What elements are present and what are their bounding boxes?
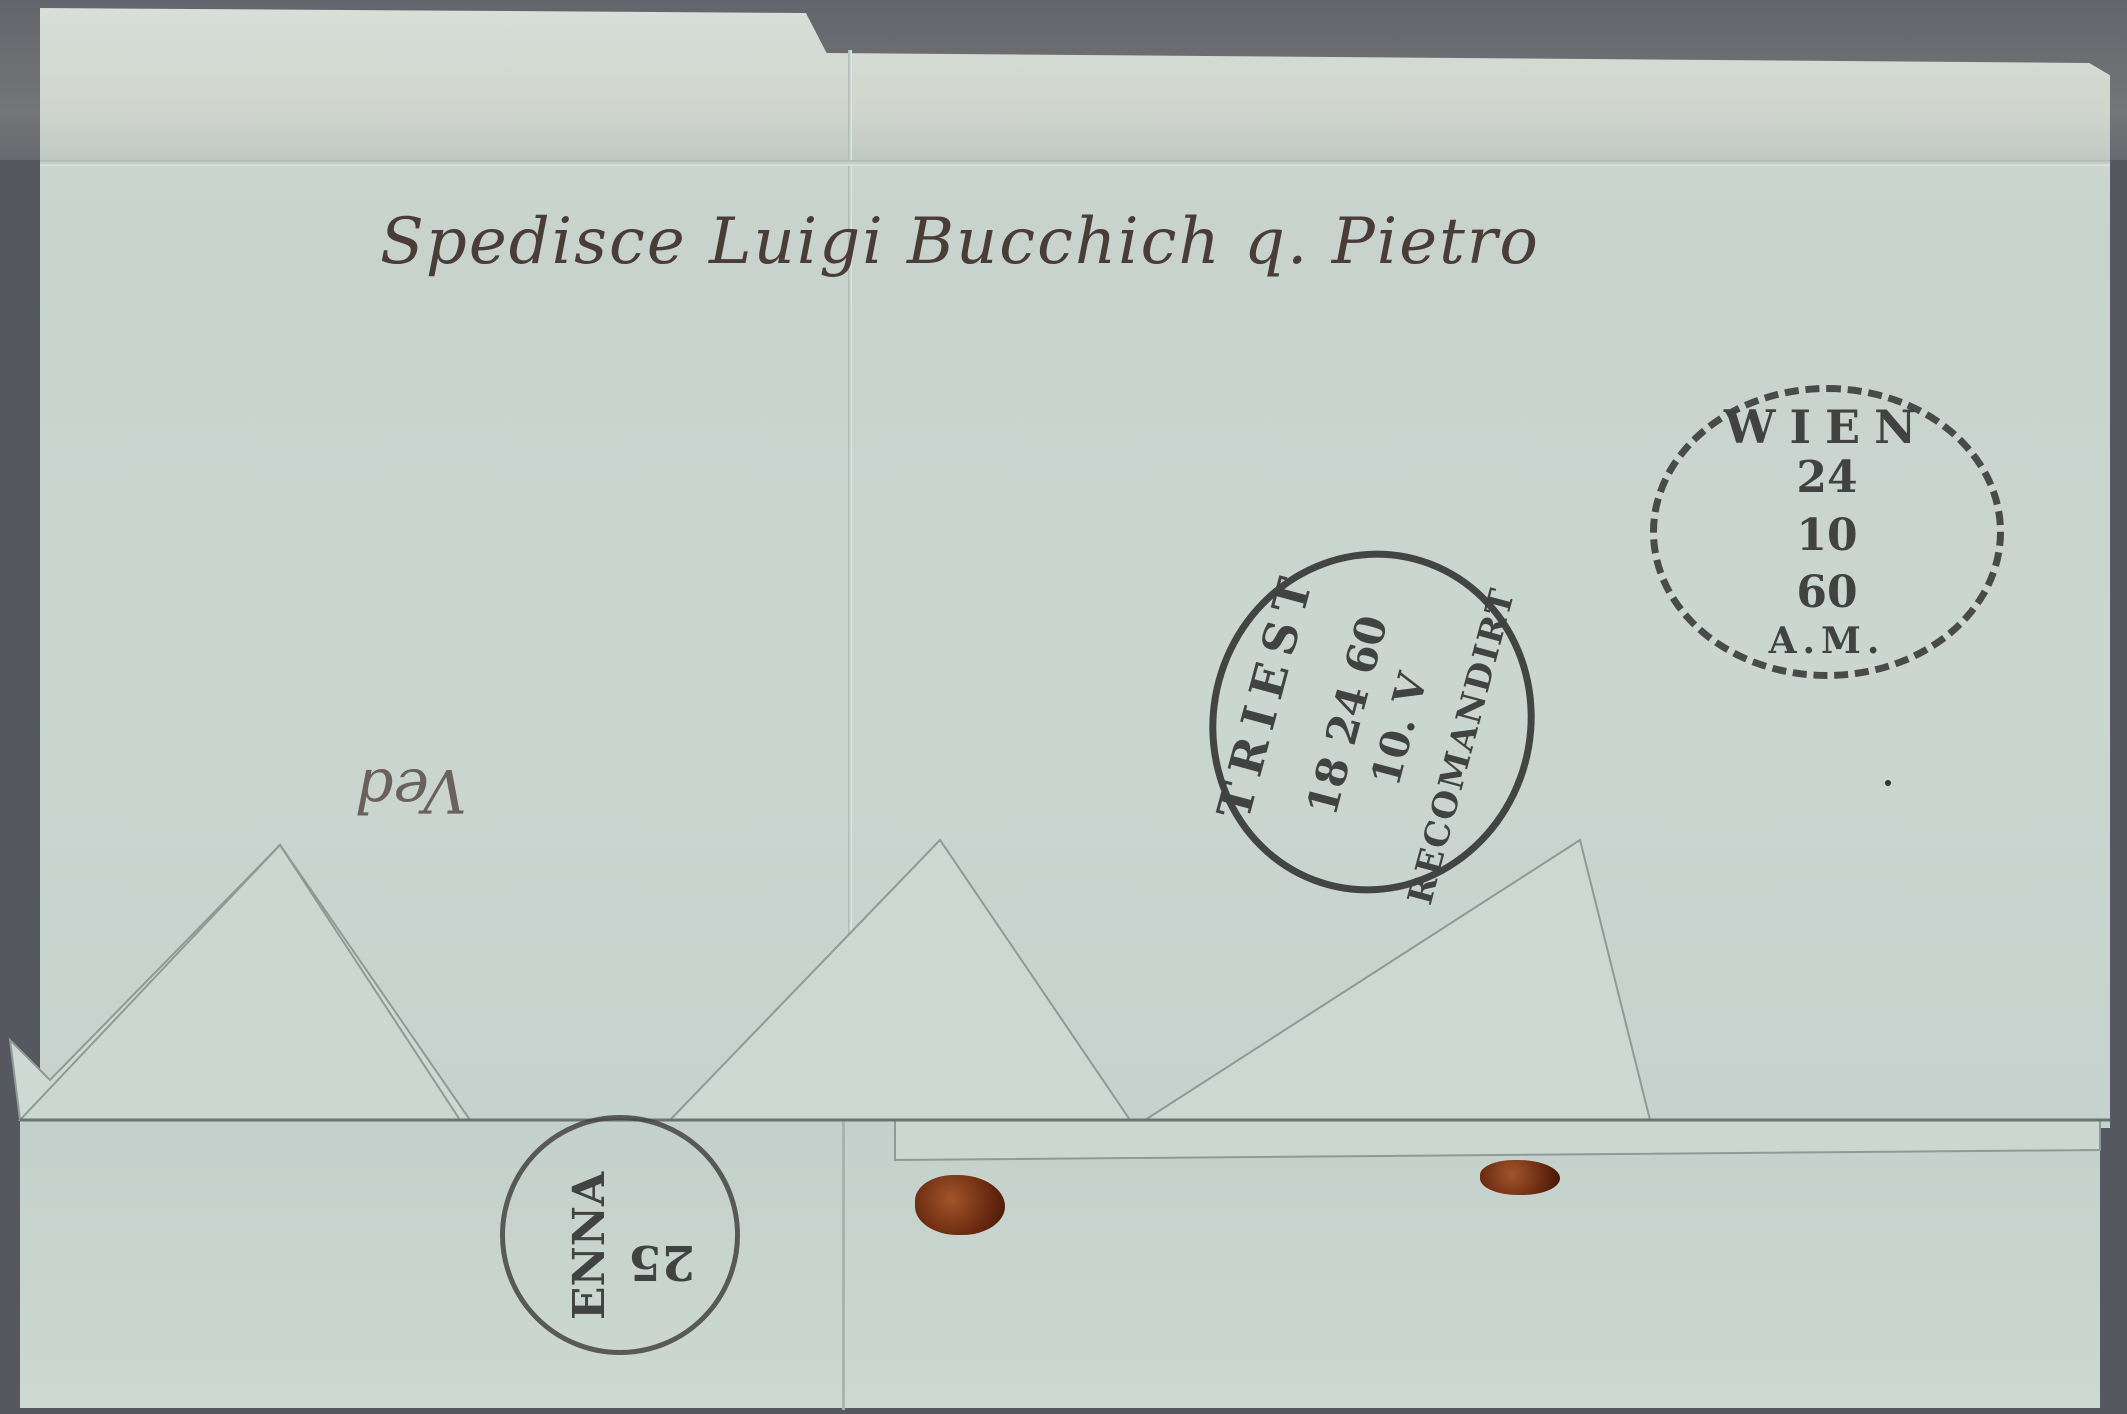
annotation-handwriting: Ved [355,755,467,825]
top-fold-band [0,0,2127,160]
postmark-partial: 25 ENNA [500,1115,740,1355]
envelope-flaps [0,820,2127,1180]
postmark-partial-day: 25 [628,1234,695,1290]
wax-seal-right [1480,1160,1560,1195]
postmark-partial-town: ENNA [564,1172,615,1320]
postmark-wien: WIEN 24 10 60 A.M. [1650,385,2004,679]
wax-seal-left [915,1175,1005,1235]
postmark-suffix: A.M. [1657,620,1997,662]
ink-speck [1885,780,1891,786]
postmark-town: WIEN [1657,400,1997,454]
postmark-month: 10 [1657,510,1997,561]
sender-handwriting: Spedisce Luigi Bucchich q. Pietro [380,205,1540,279]
horizontal-fold [40,160,2110,166]
postmark-day: 24 [1657,452,1997,503]
postmark-year: 60 [1657,567,1997,618]
